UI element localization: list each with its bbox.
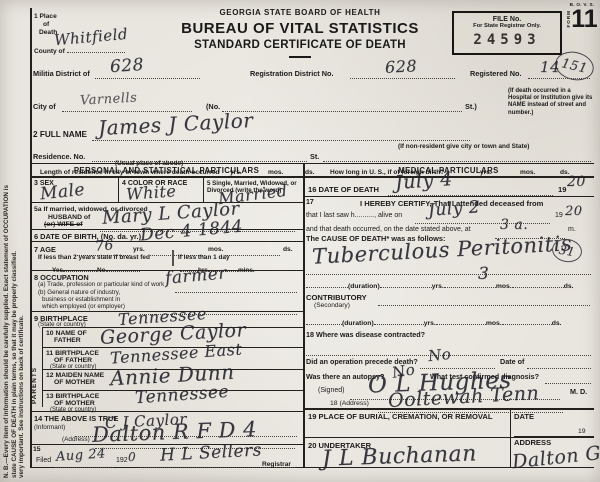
file-label: FILE No. (454, 16, 560, 23)
signed-label: (Signed) (318, 387, 344, 394)
occupation-b1-label: (b) General nature of industry, (38, 289, 120, 296)
file-sublabel: For State Registrar Only. (454, 23, 560, 29)
father-label-2: FATHER (54, 337, 81, 344)
dateof-label: Date of (500, 357, 524, 366)
duration-row-2: (duration)yrs.mos.ds. (306, 315, 562, 327)
registered-value: 14 (540, 58, 560, 76)
mother-bp-label-2: OF MOTHER (54, 400, 95, 407)
parents-label: PARENTS (31, 367, 38, 404)
dod-year-hand: 20 (567, 174, 586, 190)
city-value: Varnells (80, 91, 138, 109)
age-value: 76 (94, 237, 114, 255)
age-mos: mos. (208, 246, 223, 253)
duration-mos: mos. (496, 283, 512, 290)
spouse-label-3: (or) WIFE of (44, 221, 83, 228)
militia-value: 628 (109, 55, 144, 77)
lastsaw-year-hand: 20 (565, 204, 583, 219)
dod-year-printed: 19 (558, 185, 566, 194)
title-dash (289, 56, 311, 58)
registrar-label: Registrar (262, 461, 291, 468)
contributory-label: CONTRIBUTORY (306, 293, 367, 302)
city-st-label: St.) (465, 102, 477, 111)
dateof-blank (527, 359, 591, 369)
burial-date-year: 19 (578, 428, 586, 435)
file-number-box: FILE No. For State Registrar Only. 24593 (452, 11, 562, 55)
filed-year-hand: 0 (128, 450, 136, 464)
band-bottom-line (30, 176, 594, 178)
personal-header: PERSONAL AND STATISTICAL PARTICULARS (30, 166, 303, 175)
mother-label-2: OF MOTHER (54, 379, 95, 386)
burial-date-divider (510, 408, 511, 437)
place-line: 1 Place (34, 13, 134, 21)
duration-yrs: yrs. (432, 283, 444, 290)
form-word: FORM (566, 10, 571, 28)
margin-note-line: N. B.—Every item of information should b… (3, 8, 11, 478)
file-number-stamp: 24593 (454, 32, 560, 48)
burial-box-top (305, 408, 594, 410)
undertaker-address-label: ADDRESS (514, 438, 551, 447)
breastfed-label: If less than 2 years state if breast fed (38, 254, 150, 261)
stray-ink-mark (172, 250, 174, 266)
cause-code-circle: 31 (550, 237, 584, 265)
cell-divider-1 (118, 176, 119, 202)
dod-label: 16 DATE OF DEATH (308, 185, 379, 194)
filed-year-printed: 192 (116, 457, 128, 464)
duration2-label: (duration) (342, 320, 374, 327)
fullname-label: 2 FULL NAME (33, 130, 87, 139)
sex-value: Male (39, 180, 86, 205)
registration-label: Registration District No. (250, 69, 334, 78)
city-street-blank (222, 102, 462, 112)
form-number: 11 (571, 7, 597, 31)
operation-value: No (427, 345, 452, 365)
contracted-label: 18 Where was disease contracted? (306, 330, 425, 339)
secondary-label: (Secondary) (314, 302, 350, 309)
militia-label: Militia District of (33, 69, 90, 78)
lastsaw-value: July 2 (427, 197, 480, 221)
column-divider (303, 163, 305, 468)
age-ds: ds. (283, 246, 293, 253)
dob-row-line (30, 241, 303, 242)
margin-note: N. B.—Every item of information should b… (3, 8, 26, 478)
residence-st-blank (323, 152, 591, 162)
age-yrs: yrs. (133, 246, 145, 253)
filed-num: 15 (33, 446, 41, 453)
dod-value: July 4 (394, 168, 453, 194)
contributory-blank (378, 296, 590, 306)
city-label: City of (33, 102, 56, 111)
lastsaw-text: that I last saw h.........., alive on (306, 212, 402, 219)
occupation-b3-label: which employed (or employer) (42, 303, 125, 310)
age-ds-blank (225, 246, 280, 256)
occupation-a-label: (a) Trade, profession or particular kind… (38, 281, 164, 288)
father-label-1: 10 NAME OF (46, 330, 87, 337)
board-title: GEORGIA STATE BOARD OF HEALTH (150, 8, 450, 17)
burial-date-label: DATE (514, 412, 534, 421)
father-bp-label-1: 11 BIRTHPLACE (46, 350, 99, 357)
duration2-ds: ds. (552, 320, 562, 327)
margin-note-line: very important. See instructions on back… (18, 8, 26, 478)
margin-note-line: state CAUSE OF DEATH in plain terms, so … (11, 8, 19, 478)
registration-value: 628 (385, 56, 418, 77)
certify-num: 17 (306, 199, 314, 206)
occurred-text: and that death occurred, on the date sta… (306, 226, 471, 233)
residence-label: Residence. No. (33, 152, 85, 161)
dob-label: 6 DATE OF BIRTH, (No. da. yr.) (34, 232, 141, 241)
certificate-title: STANDARD CERTIFICATE OF DEATH (150, 39, 450, 51)
dod-row-line (305, 196, 594, 197)
duration-mos-value: 3 (478, 264, 489, 284)
form-series-block: B. O. V. S. FORM 11 (566, 2, 598, 31)
age-label: 7 AGE (34, 245, 56, 254)
hospital-note: (If death occurred in a Hospital or Inst… (508, 88, 594, 117)
cause-code: 31 (558, 242, 576, 259)
header-titles: GEORGIA STATE BOARD OF HEALTH BUREAU OF … (150, 8, 450, 58)
parents-strip-border (42, 327, 43, 407)
burial-label: 19 PLACE OF BURIAL, CREMATION, OR REMOVA… (308, 412, 493, 421)
bureau-title: BUREAU OF VITAL STATISTICS (150, 20, 450, 37)
death-certificate-scan: N. B.—Every item of information should b… (0, 0, 600, 482)
registered-label: Registered No. (470, 69, 522, 78)
lastsaw-year-printed: 19 (555, 212, 563, 219)
mother-label-1: 12 MAIDEN NAME (46, 372, 104, 379)
duration2-mos: mos. (486, 320, 502, 327)
band-top-line (30, 163, 594, 164)
informant-address-label: (Address) (62, 436, 90, 443)
informant-label: (Informant) (34, 424, 65, 431)
physician-address-label: 18 (Address) (330, 400, 369, 407)
county-label: County of (34, 48, 65, 55)
father-bp-label-2: OF FATHER (54, 357, 92, 364)
mother-bp-label-1: 13 BIRTHPLACE (46, 393, 99, 400)
duration-label: (duration) (348, 283, 380, 290)
duration-row-1: (duration)yrs.mos.ds. (306, 278, 574, 290)
filed-label: Filed (36, 457, 51, 464)
test-blank (545, 374, 591, 384)
color-value: White (125, 181, 176, 203)
spouse-label-2: HUSBAND of (48, 214, 90, 221)
cause-blank (306, 265, 591, 275)
cell-divider-2 (203, 176, 204, 202)
duration-ds: ds. (564, 283, 574, 290)
duration2-yrs: yrs. (424, 320, 436, 327)
md-label: M. D. (570, 387, 587, 396)
nonresident-note: (If non-resident give city or town and S… (398, 143, 529, 150)
residence-st-label: St. (310, 152, 319, 161)
lessday-label: If less than 1 day (178, 254, 230, 261)
occupation-b2-label: business or establishment in (42, 296, 120, 303)
